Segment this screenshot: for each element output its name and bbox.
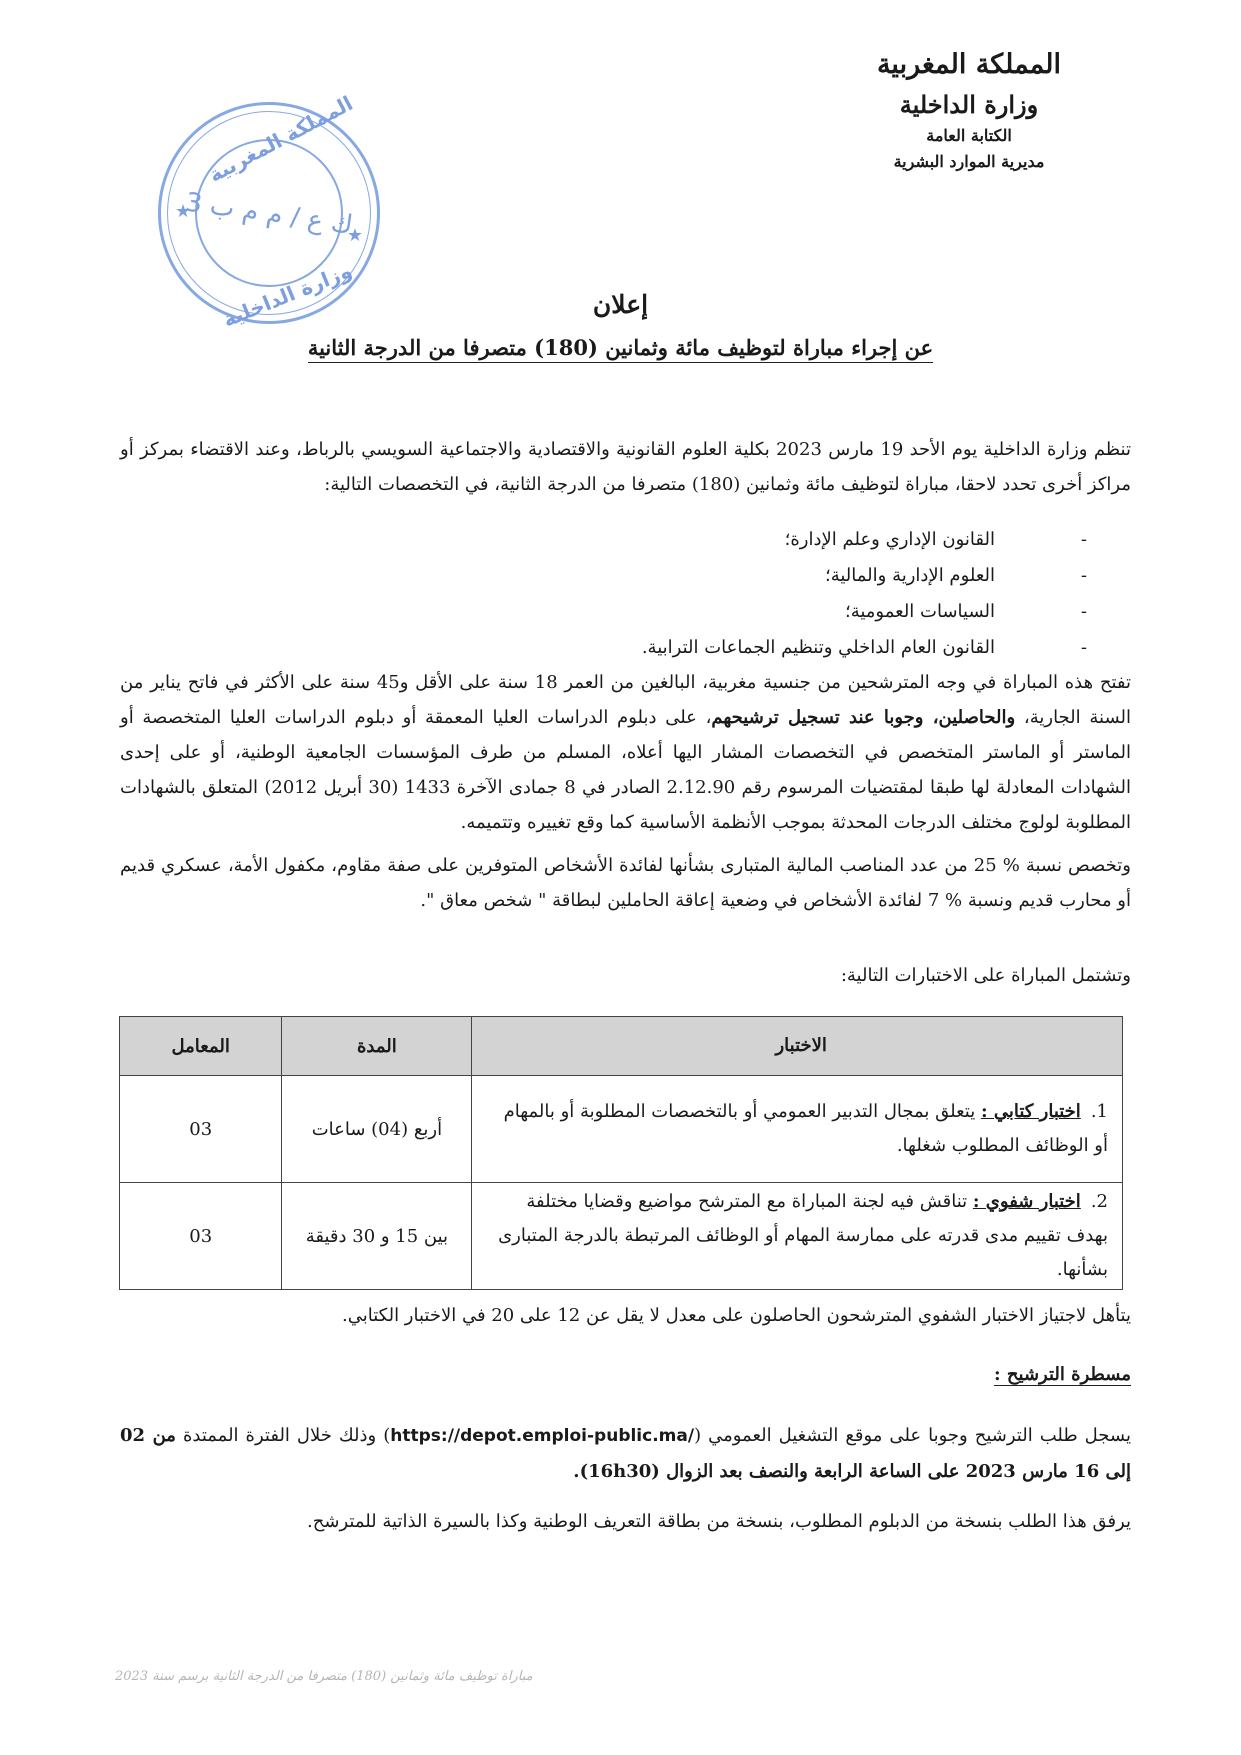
oral-qualification: يتأهل لاجتياز الاختبار الشفوي المترشحون …: [120, 1298, 1131, 1333]
secretariat-name: الكتابة العامة: [819, 126, 1119, 146]
header-test: الاختبار: [472, 1017, 1123, 1076]
eligibility-bold: والحاصلين، وجوبا عند تسجيل ترشيحهم: [711, 707, 1015, 728]
test-cell: 2.اختبار شفوي : تناقش فيه لجنة المباراة …: [472, 1183, 1123, 1290]
eligibility-paragraph: تفتح هذه المباراة في وجه المترشحين من جن…: [120, 665, 1131, 840]
coefficient-cell: 03: [120, 1183, 282, 1290]
duration-cell: بين 15 و 30 دقيقة: [282, 1183, 472, 1290]
application-heading: مسطرة الترشيح :: [994, 1364, 1131, 1385]
kingdom-name: المملكة المغربية: [819, 48, 1119, 82]
application-text-2: ) وذلك خلال الفترة الممتدة: [176, 1425, 390, 1446]
list-item: القانون الإداري وعلم الإدارة؛: [642, 522, 1041, 558]
test-cell: 1.اختبار كتابي : يتعلق بمجال التدبير الع…: [472, 1076, 1123, 1183]
announcement-title: إعلان: [0, 290, 1241, 319]
list-item: العلوم الإدارية والمالية؛: [642, 558, 1041, 594]
page-footer: مباراة توظيف مائة وثمانين (180) متصرفا م…: [115, 1669, 533, 1684]
specialty-label: العلوم الإدارية والمالية؛: [825, 565, 995, 586]
tests-intro: وتشتمل المباراة على الاختبارات التالية:: [120, 958, 1131, 993]
attachments-paragraph: يرفق هذا الطلب بنسخة من الدبلوم المطلوب،…: [120, 1504, 1131, 1539]
application-heading-text: مسطرة الترشيح :: [994, 1364, 1131, 1386]
test-number: 2.: [1091, 1191, 1108, 1212]
test-number: 1.: [1091, 1101, 1108, 1122]
table-row: 2.اختبار شفوي : تناقش فيه لجنة المباراة …: [120, 1183, 1123, 1290]
list-item: السياسات العمومية؛: [642, 594, 1041, 630]
announcement-page: المملكة المغربية وزارة الداخلية الكتابة …: [0, 0, 1241, 1755]
ministry-name: وزارة الداخلية: [819, 90, 1119, 120]
table-row: 1.اختبار كتابي : يتعلق بمجال التدبير الع…: [120, 1076, 1123, 1183]
specialty-label: السياسات العمومية؛: [845, 601, 995, 622]
specialty-label: القانون العام الداخلي وتنظيم الجماعات ال…: [642, 637, 995, 658]
test-name: اختبار كتابي :: [981, 1101, 1081, 1122]
specialty-label: القانون الإداري وعلم الإدارة؛: [785, 529, 995, 550]
specialties-list: القانون الإداري وعلم الإدارة؛ العلوم الإ…: [642, 522, 1041, 666]
star-icon: ★: [347, 225, 363, 246]
application-text-1: يسجل طلب الترشيح وجوبا على موقع التشغيل …: [694, 1425, 1131, 1446]
table-header-row: الاختبار المدة المعامل: [120, 1017, 1123, 1076]
list-item: القانون العام الداخلي وتنظيم الجماعات ال…: [642, 630, 1041, 666]
quota-paragraph: وتخصص نسبة % 25 من عدد المناصب المالية ا…: [120, 848, 1131, 918]
intro-paragraph: تنظم وزارة الداخلية يوم الأحد 19 مارس 20…: [120, 432, 1131, 502]
application-paragraph: يسجل طلب الترشيح وجوبا على موقع التشغيل …: [120, 1418, 1131, 1489]
announcement-subtitle: عن إجراء مباراة لتوظيف مائة وثمانين (180…: [0, 335, 1241, 360]
letterhead: المملكة المغربية وزارة الداخلية الكتابة …: [819, 48, 1119, 172]
application-url-link[interactable]: https://depot.emploi-public.ma/: [390, 1426, 694, 1446]
header-duration: المدة: [282, 1017, 472, 1076]
test-name: اختبار شفوي :: [973, 1191, 1081, 1212]
tests-table: الاختبار المدة المعامل 1.اختبار كتابي : …: [119, 1016, 1123, 1290]
directorate-name: مديرية الموارد البشرية: [819, 152, 1119, 172]
duration-cell: أربع (04) ساعات: [282, 1076, 472, 1183]
coefficient-cell: 03: [120, 1076, 282, 1183]
header-coefficient: المعامل: [120, 1017, 282, 1076]
subtitle-text: عن إجراء مباراة لتوظيف مائة وثمانين (180…: [308, 335, 933, 363]
